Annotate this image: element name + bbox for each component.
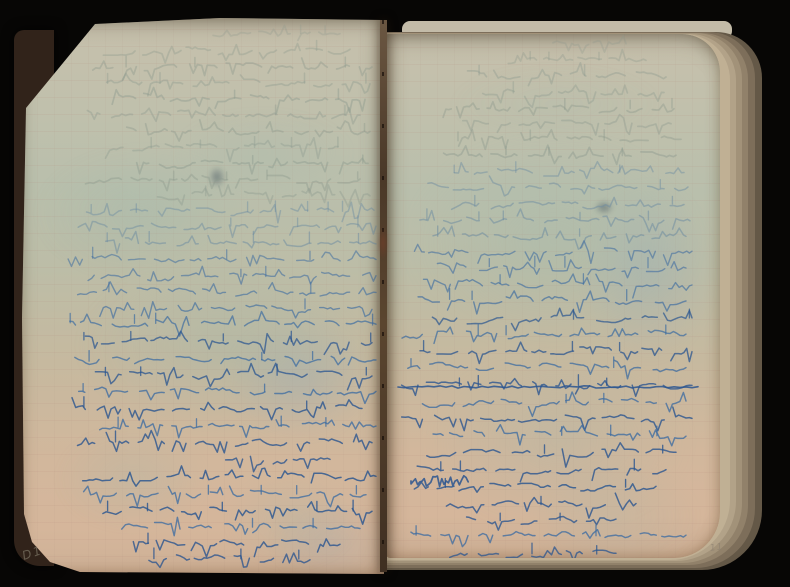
handwriting-right bbox=[386, 34, 720, 558]
left-page bbox=[20, 18, 384, 574]
handwriting-left bbox=[20, 18, 384, 574]
binding-stain bbox=[377, 226, 389, 260]
pencil-mark-right: 11 bbox=[709, 542, 724, 554]
binding-seam bbox=[380, 20, 387, 572]
right-page-stack bbox=[386, 22, 762, 570]
right-page bbox=[386, 34, 720, 558]
notebook-photo: D1 11 bbox=[0, 0, 790, 587]
